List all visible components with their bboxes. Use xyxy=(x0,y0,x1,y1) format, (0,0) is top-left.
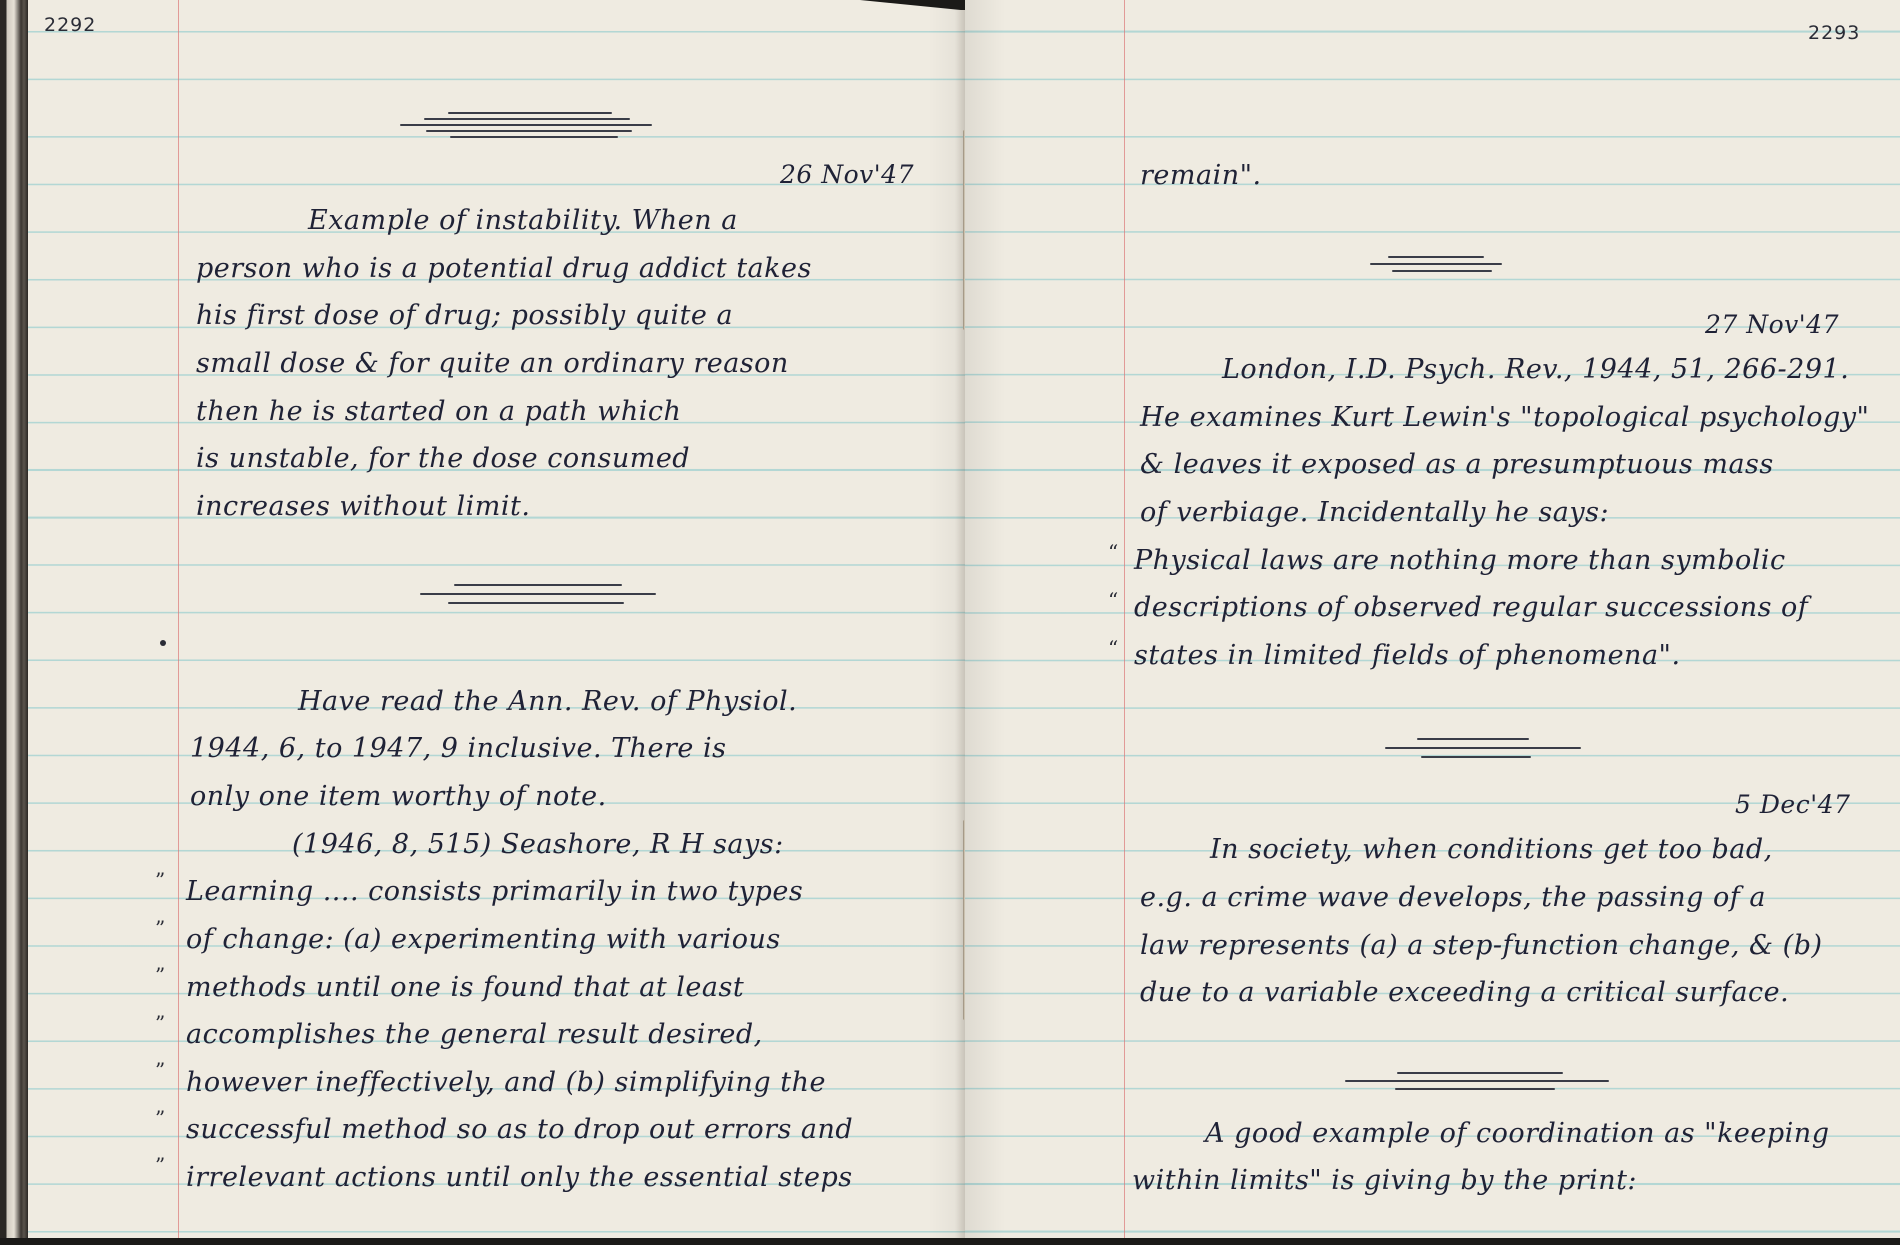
entry-date: 26 Nov'47 xyxy=(780,160,914,189)
separator-lines xyxy=(1370,256,1580,276)
entry-line: Have read the Ann. Rev. of Physiol. xyxy=(298,686,797,717)
entry-line: states in limited fields of phenomena". xyxy=(1134,640,1681,671)
binding-edge xyxy=(0,0,28,1240)
entry-date: 27 Nov'47 xyxy=(1705,310,1839,339)
entry-line: law represents (a) a step-function chang… xyxy=(1140,930,1823,961)
left-margin-line xyxy=(178,0,179,1238)
quote-continuation: remain". xyxy=(1140,160,1262,191)
entry-line: methods until one is found that at least xyxy=(186,972,744,1003)
entry-line: of change: (a) experimenting with variou… xyxy=(186,924,781,955)
ditto-mark: “ xyxy=(1108,636,1118,660)
entry-line: accomplishes the general result desired, xyxy=(186,1019,763,1050)
ditto-mark: ” xyxy=(155,916,165,940)
entry-line: He examines Kurt Lewin's "topological ps… xyxy=(1140,402,1869,433)
entry-line: 1944, 6, to 1947, 9 inclusive. There is xyxy=(190,733,726,764)
entry-line: only one item worthy of note. xyxy=(190,781,607,812)
separator-lines xyxy=(420,584,680,604)
entry-line: & leaves it exposed as a presumptuous ma… xyxy=(1140,449,1774,480)
entry-line: his first dose of drug; possibly quite a xyxy=(196,300,733,331)
separator-lines xyxy=(1385,738,1605,758)
ink-dot xyxy=(160,640,166,646)
ditto-mark: ” xyxy=(155,1058,165,1082)
entry-date: 5 Dec'47 xyxy=(1735,790,1850,819)
entry-line: increases without limit. xyxy=(196,491,530,522)
separator-lines xyxy=(400,112,660,132)
ditto-mark: ” xyxy=(155,1011,165,1035)
entry-line: Learning .... consists primarily in two … xyxy=(186,876,803,907)
ditto-mark: “ xyxy=(1108,588,1118,612)
entry-line: e.g. a crime wave develops, the passing … xyxy=(1140,882,1766,913)
ditto-mark: ” xyxy=(155,868,165,892)
entry-line: then he is started on a path which xyxy=(196,396,681,427)
ditto-mark: ” xyxy=(155,963,165,987)
ditto-mark: ” xyxy=(155,1153,165,1177)
entry-line: irrelevant actions until only the essent… xyxy=(186,1162,853,1193)
entry-line: Example of instability. When a xyxy=(308,205,738,236)
separator-lines xyxy=(1345,1072,1625,1092)
right-margin-line xyxy=(1124,0,1125,1238)
entry-line: however ineffectively, and (b) simplifyi… xyxy=(186,1067,826,1098)
entry-line: (1946, 8, 515) Seashore, R H says: xyxy=(292,829,784,860)
entry-line: person who is a potential drug addict ta… xyxy=(196,253,812,284)
entry-line: due to a variable exceeding a critical s… xyxy=(1140,977,1789,1008)
entry-line: is unstable, for the dose consumed xyxy=(196,443,690,474)
ditto-mark: ” xyxy=(155,1106,165,1130)
entry-line: descriptions of observed regular success… xyxy=(1134,592,1808,623)
notebook-spread: 2292 26 Nov'47 Example of instability. W… xyxy=(0,0,1900,1238)
entry-line: In society, when conditions get too bad, xyxy=(1210,834,1773,865)
ditto-mark: “ xyxy=(1108,540,1118,564)
left-page-number: 2292 xyxy=(44,14,96,36)
entry-line: A good example of coordination as "keepi… xyxy=(1205,1118,1829,1149)
right-page-number: 2293 xyxy=(1808,22,1860,44)
entry-line: small dose & for quite an ordinary reaso… xyxy=(196,348,789,379)
entry-line: within limits" is giving by the print: xyxy=(1132,1165,1637,1196)
entry-line: of verbiage. Incidentally he says: xyxy=(1140,497,1609,528)
entry-line: successful method so as to drop out erro… xyxy=(186,1114,853,1145)
entry-line: Physical laws are nothing more than symb… xyxy=(1134,545,1786,576)
bottom-edge xyxy=(0,1238,1900,1245)
entry-line: London, I.D. Psych. Rev., 1944, 51, 266-… xyxy=(1222,354,1849,385)
